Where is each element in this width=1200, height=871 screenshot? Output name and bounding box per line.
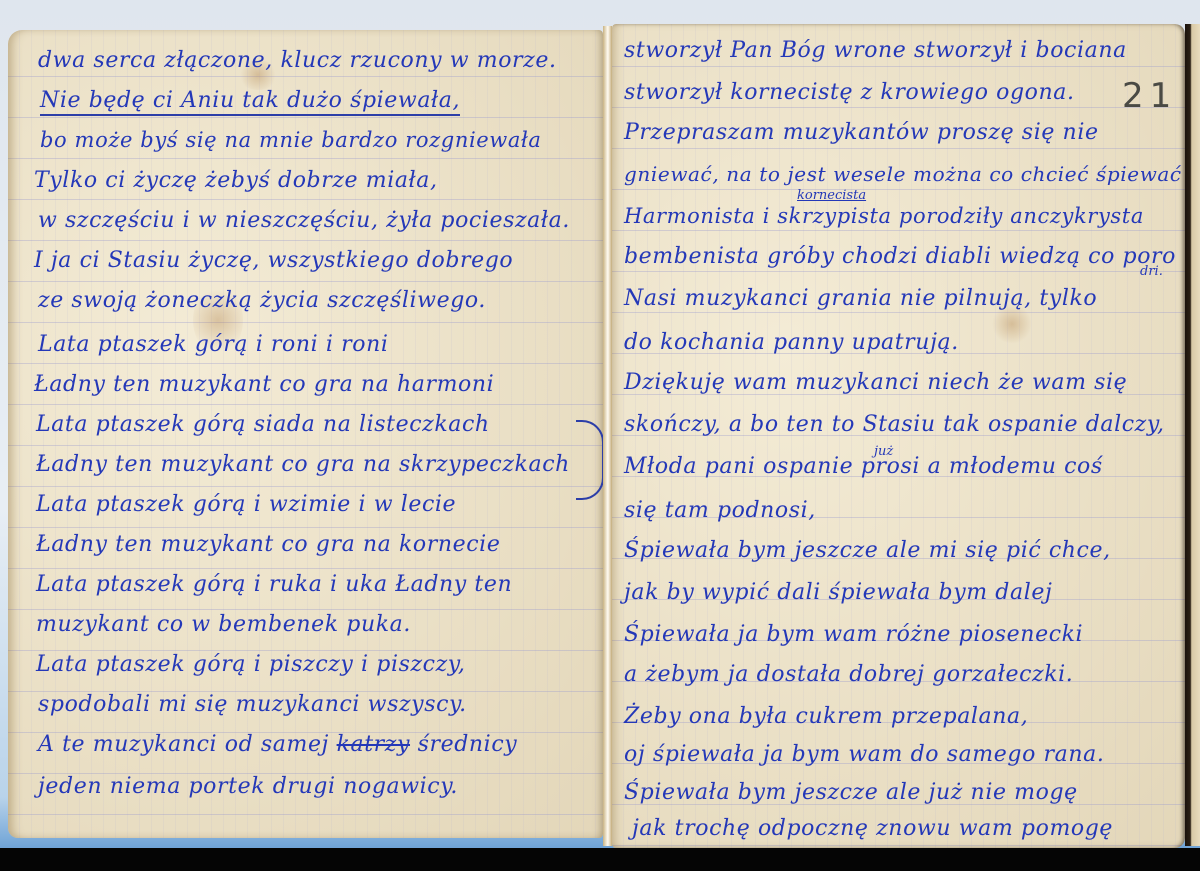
handwritten-line: Młoda pani ospanie prosi a młodemu coś	[624, 454, 1103, 479]
handwritten-line: Przepraszam muzykantów proszę się nie	[624, 120, 1099, 145]
bracket-mark	[576, 420, 603, 500]
handwritten-line: I ja ci Stasiu życzę, wszystkiego dobreg…	[34, 248, 513, 273]
handwritten-line: Lata ptaszek górą i wzimie i w lecie	[36, 492, 456, 517]
handwritten-line: Lata ptaszek górą i ruka i uka Ładny ten	[36, 572, 512, 597]
struck-word: katrzy	[337, 732, 410, 757]
left-page-text: dwa serca złączone, klucz rzucony w morz…	[8, 30, 603, 838]
handwritten-line: Żeby ona była cukrem przepalana,	[624, 704, 1028, 729]
handwritten-line: Harmonista i skrzypista porodziły anczyk…	[624, 204, 1144, 228]
handwritten-line: Śpiewała bym jeszcze ale mi się pić chce…	[624, 538, 1111, 563]
handwritten-line: A te muzykanci od samej katrzy średnicy	[38, 732, 517, 757]
handwritten-insert: dri.	[1140, 264, 1163, 279]
scan-bottom-border	[0, 848, 1200, 871]
handwritten-line: skończy, a bo ten to Stasiu tak ospanie …	[624, 412, 1165, 437]
handwritten-line: oj śpiewała ja bym wam do samego rana.	[624, 742, 1104, 767]
handwritten-line: stworzył kornecistę z krowiego ogona.	[624, 80, 1075, 105]
left-notebook-page: dwa serca złączone, klucz rzucony w morz…	[8, 30, 603, 838]
handwritten-line: Lata ptaszek górą siada na listeczkach	[36, 412, 490, 437]
handwritten-line: Tylko ci życzę żebyś dobrze miała,	[34, 168, 438, 193]
handwritten-line: Ładny ten muzykant co gra na harmoni	[34, 372, 494, 397]
handwritten-line: spodobali mi się muzykanci wszyscy.	[38, 692, 467, 717]
right-notebook-page: 21 stworzył Pan Bóg wrone stworzył i boc…	[612, 24, 1185, 848]
handwritten-line: ze swoją żoneczką życia szczęśliwego.	[38, 288, 486, 313]
handwritten-line: Ładny ten muzykant co gra na skrzypeczka…	[36, 452, 570, 477]
handwritten-line: Śpiewała bym jeszcze ale już nie mogę	[624, 780, 1078, 805]
handwritten-line: Ładny ten muzykant co gra na kornecie	[36, 532, 500, 557]
handwritten-line: stworzył Pan Bóg wrone stworzył i bocian…	[624, 38, 1127, 63]
handwritten-insert: kornecista	[797, 188, 866, 203]
handwritten-line: jak trochę odpocznę znowu wam pomogę	[632, 816, 1113, 841]
handwritten-line: się tam podnosi,	[624, 498, 816, 523]
line-end: średnicy	[418, 732, 518, 757]
handwritten-line: jeden niema portek drugi nogawicy.	[38, 774, 458, 799]
handwritten-line: dwa serca złączone, klucz rzucony w morz…	[38, 48, 557, 73]
handwritten-line: Lata ptaszek górą i piszczy i piszczy,	[36, 652, 466, 677]
handwritten-line: Śpiewała ja bym wam różne piosenecki	[624, 622, 1083, 647]
notebook-spine	[603, 26, 612, 846]
handwritten-line: a żebym ja dostała dobrej gorzałeczki.	[624, 662, 1073, 687]
handwritten-line: bo może byś się na mnie bardzo rozgniewa…	[40, 128, 542, 152]
handwritten-line-underlined: Nie będę ci Aniu tak dużo śpiewała,	[40, 88, 460, 116]
handwritten-line: Lata ptaszek górą i roni i roni	[38, 332, 388, 357]
handwritten-line: Nasi muzykanci grania nie pilnują, tylko	[624, 286, 1097, 311]
handwritten-line: muzykant co w bembenek puka.	[36, 612, 411, 637]
line-start: A te muzykanci od samej	[38, 732, 329, 757]
notebook-cover-edge	[1185, 24, 1200, 846]
handwritten-line: do kochania panny upatrują.	[624, 330, 959, 355]
handwritten-line: bembenista gróby chodzi diabli wiedzą co…	[624, 244, 1176, 269]
handwritten-line: gniewać, na to jest wesele można co chci…	[624, 162, 1182, 186]
handwritten-line: jak by wypić dali śpiewała bym dalej	[624, 580, 1052, 605]
right-page-text: stworzył Pan Bóg wrone stworzył i bocian…	[612, 24, 1185, 848]
handwritten-line: Dziękuję wam muzykanci niech że wam się	[624, 370, 1127, 395]
handwritten-line: w szczęściu i w nieszczęściu, żyła pocie…	[38, 208, 570, 233]
